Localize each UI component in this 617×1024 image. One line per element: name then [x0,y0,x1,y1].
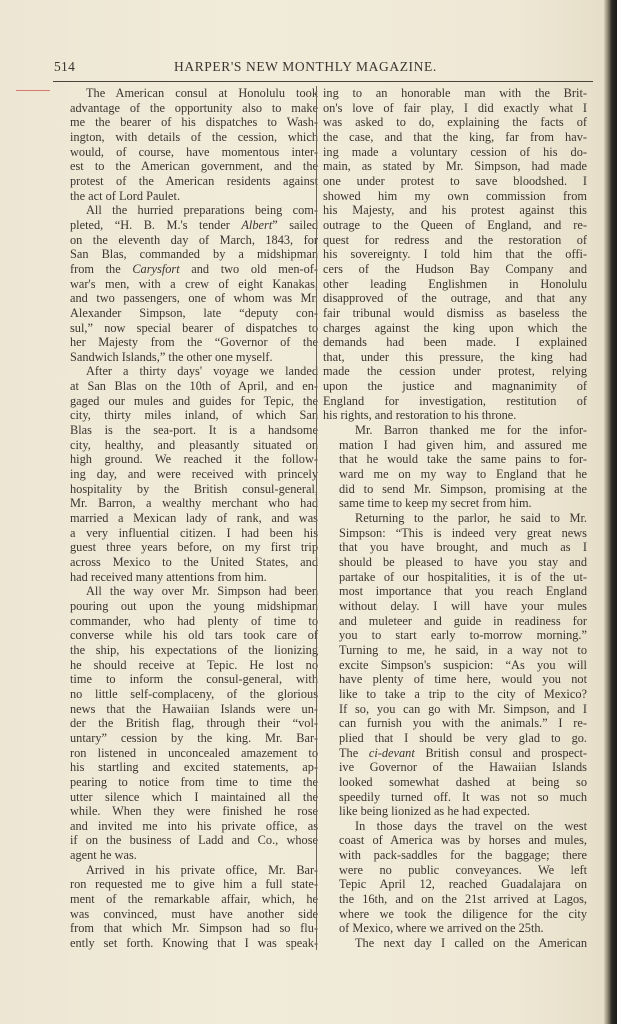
text-line: from the Carysfort and two old men-of- [54,262,318,277]
text-line: from that which Mr. Simpson had so flu- [54,921,318,936]
text-line: All the hurried preparations being com- [54,203,318,218]
text-line: ment of the remarkable affair, which, he [54,892,318,907]
text-line: the ship, his expectations of the lioniz… [54,643,318,658]
text-line: disapproved of the outrage, and that any [323,291,587,306]
text-line: pearing to notice from time to time the [54,775,318,790]
text-line: ing made a voluntary cession of his do- [323,145,587,160]
text-line: Simpson: “This is indeed very great news [323,526,587,541]
paragraph: All the way over Mr. Simpson had beenpou… [54,584,318,862]
text-line: did to send Mr. Simpson, promising at th… [323,482,587,497]
text-line: Tepic April 12, reached Guadalajara on [323,877,587,892]
text-line: me the bearer of his dispatches to Wash- [54,115,318,130]
text-line: of Mexico, where we arrived on the 25th. [323,921,587,936]
text-line: Arrived in his private office, Mr. Bar- [54,863,318,878]
text-line: The next day I called on the American [323,936,587,951]
text-line: agent he was. [54,848,318,863]
text-line: quest for redress and the restoration of [323,233,587,248]
left-column: The American consul at Honolulu tookadva… [54,86,318,951]
text-line: made the cession under protest, relying [323,364,587,379]
text-line: war's men, with a crew of eight Kanakas, [54,277,318,292]
text-line: time to inform the consul-general, with [54,672,318,687]
header-rule [53,81,593,82]
text-line: converse while his old tars took care of [54,628,318,643]
text-line: charges against the king upon which the [323,321,587,336]
text-line: ron listened in unconcealed amazement to [54,746,318,761]
text-line: England for investigation, restitution o… [323,394,587,409]
text-line: showed him my own commission from [323,189,587,204]
text-line: was asked to do, explaining the facts of [323,115,587,130]
text-line: if on the business of Ladd and Co., whos… [54,833,318,848]
text-line: After a thirty days' voyage we landed [54,364,318,379]
text-line: ing day, and were received with princely [54,467,318,482]
text-line: hospitality by the British consul-genera… [54,482,318,497]
text-line: In those days the travel on the west [323,819,587,834]
text-line: excite Simpson's suspicion: “As you will [323,658,587,673]
text-line: the case, and that the king, far from ha… [323,130,587,145]
text-line: commander, who had plenty of time to [54,614,318,629]
text-line: fair tribunal would dismiss as baseless … [323,306,587,321]
text-line: All the way over Mr. Simpson had been [54,584,318,599]
text-line: gaged our mules and guides for Tepic, th… [54,394,318,409]
text-line: his Majesty, and his protest against thi… [323,203,587,218]
text-line: untary” cession by the king. Mr. Bar- [54,731,318,746]
text-line: with pack-saddles for the baggage; there [323,848,587,863]
text-line: across Mexico to the United States, and [54,555,318,570]
text-line: ington, with details of the cession, whi… [54,130,318,145]
text-line: ward me on my way to England that he [323,467,587,482]
text-line: pleted, “H. B. M.'s tender Albert” saile… [54,218,318,233]
text-line: plied that I should be very glad to go. [323,731,587,746]
text-line: should be pleased to have you stay and [323,555,587,570]
text-line: San Blas, commanded by a midshipman [54,247,318,262]
text-line: city, healthy, and pleasantly situated o… [54,438,318,453]
text-line: ive Governor of the Hawaiian Islands [323,760,587,775]
text-line: have plenty of time here, would you not [323,672,587,687]
text-line: no little self-complaceny, of the glorio… [54,687,318,702]
paragraph: All the hurried preparations being com-p… [54,203,318,364]
text-line: Mr. Barron thanked me for the infor- [323,423,587,438]
text-line: his sovereignty. I told him that the off… [323,247,587,262]
text-line: and muleteer and guide in readiness for [323,614,587,629]
paragraph: Mr. Barron thanked me for the infor-mati… [323,423,587,511]
text-line: where we took the diligence for the city [323,907,587,922]
text-line: city, thirty miles inland, of which San [54,408,318,423]
text-line: while. When they were finished he rose [54,804,318,819]
text-line: Mr. Barron, a wealthy merchant who had [54,496,318,511]
text-line: his startling and excited statements, ap… [54,760,318,775]
page-number: 514 [54,59,75,75]
page-edge-shadow [604,0,617,1024]
text-line: you to start early to-morrow morning.” [323,628,587,643]
text-line: mation I had given him, and assured me [323,438,587,453]
text-line: If so, you can go with Mr. Simpson, and … [323,702,587,717]
text-line: without delay. I will have your mules [323,599,587,614]
running-title: HARPER'S NEW MONTHLY MAGAZINE. [174,59,437,75]
text-line: same time to keep my secret from him. [323,496,587,511]
text-line: married a Mexican lady of rank, and was [54,511,318,526]
paragraph: The next day I called on the American [323,936,587,951]
text-line: high ground. We reached it the follow- [54,452,318,467]
text-line: one under protest to save bloodshed. I [323,174,587,189]
text-line: the 16th, and on the 21st arrived at Lag… [323,892,587,907]
text-line: der the British flag, through their “vol… [54,716,318,731]
text-line: Alexander Simpson, late “deputy con- [54,306,318,321]
text-line: and invited me into his private office, … [54,819,318,834]
text-line: guest three years before, on my first tr… [54,540,318,555]
text-line: demands had been made. I explained [323,335,587,350]
text-line: would, of course, have momentous inter- [54,145,318,160]
text-line: coast of America was by horses and mules… [323,833,587,848]
margin-mark [16,90,50,91]
text-line: had received many attentions from him. [54,570,318,585]
text-line: her Majesty from the “Governor of the [54,335,318,350]
text-line: speedily turned off. It was not so much [323,790,587,805]
text-line: sul,” now special bearer of dispatches t… [54,321,318,336]
text-line: Turning to me, he said, in a way not to [323,643,587,658]
text-line: upon the justice and magnanimity of [323,379,587,394]
text-line: outrage to the Queen of England, and re- [323,218,587,233]
column-divider [316,86,317,950]
paragraph: Returning to the parlor, he said to Mr.S… [323,511,587,819]
text-line: at San Blas on the 10th of April, and en… [54,379,318,394]
text-line: news that the Hawaiian Islands were un- [54,702,318,717]
text-line: partake of our hospitalities, it is of t… [323,570,587,585]
paragraph: Arrived in his private office, Mr. Bar-r… [54,863,318,951]
text-line: like to take a trip to the city of Mexic… [323,687,587,702]
text-line: a very influential citizen. I had been h… [54,526,318,541]
text-line: The American consul at Honolulu took [54,86,318,101]
paragraph: In those days the travel on the westcoas… [323,819,587,936]
text-line: pouring out upon the young midshipman [54,599,318,614]
magazine-page: 514 HARPER'S NEW MONTHLY MAGAZINE. The A… [0,0,604,1024]
text-line: other leading Englishmen in Honolulu [323,277,587,292]
text-line: that he would take the same pains to for… [323,452,587,467]
text-line: Sandwich Islands,” the other one myself. [54,350,318,365]
text-line: Returning to the parlor, he said to Mr. [323,511,587,526]
text-line: looked somewhat dashed at being so [323,775,587,790]
text-line: Blas is the sea-port. It is a handsome [54,423,318,438]
text-line: main, as stated by Mr. Simpson, had made [323,159,587,174]
text-line: ing to an honorable man with the Brit- [323,86,587,101]
text-line: most importance that you reach England [323,584,587,599]
text-line: was convinced, must have another side [54,907,318,922]
text-line: ron requested me to give him a full stat… [54,877,318,892]
text-line: est to the American government, and the [54,159,318,174]
right-column: ing to an honorable man with the Brit-on… [323,86,587,951]
text-line: that you have brought, and much as I [323,540,587,555]
paragraph: ing to an honorable man with the Brit-on… [323,86,587,423]
paragraph: The American consul at Honolulu tookadva… [54,86,318,203]
text-line: on's love of fair play, I did exactly wh… [323,101,587,116]
text-line: that, under this pressure, the king had [323,350,587,365]
text-line: on the eleventh day of March, 1843, for [54,233,318,248]
paragraph: After a thirty days' voyage we landedat … [54,364,318,584]
text-line: were no public conveyances. We left [323,863,587,878]
text-line: like being lionized as he had expected. [323,804,587,819]
text-line: can furnish you with the animals.” I re- [323,716,587,731]
text-line: and two passengers, one of whom was Mr. [54,291,318,306]
text-line: he should receive at Tepic. He lost no [54,658,318,673]
text-line: utter silence which I maintained all the [54,790,318,805]
text-line: protest of the American residents agains… [54,174,318,189]
text-line: advantage of the opportunity also to mak… [54,101,318,116]
text-line: his rights, and restoration to his thron… [323,408,587,423]
text-line: cers of the Hudson Bay Company and [323,262,587,277]
text-line: the act of Lord Paulet. [54,189,318,204]
text-line: ently set forth. Knowing that I was spea… [54,936,318,951]
text-line: The ci-devant British consul and prospec… [323,746,587,761]
page-header: 514 HARPER'S NEW MONTHLY MAGAZINE. [54,59,492,79]
